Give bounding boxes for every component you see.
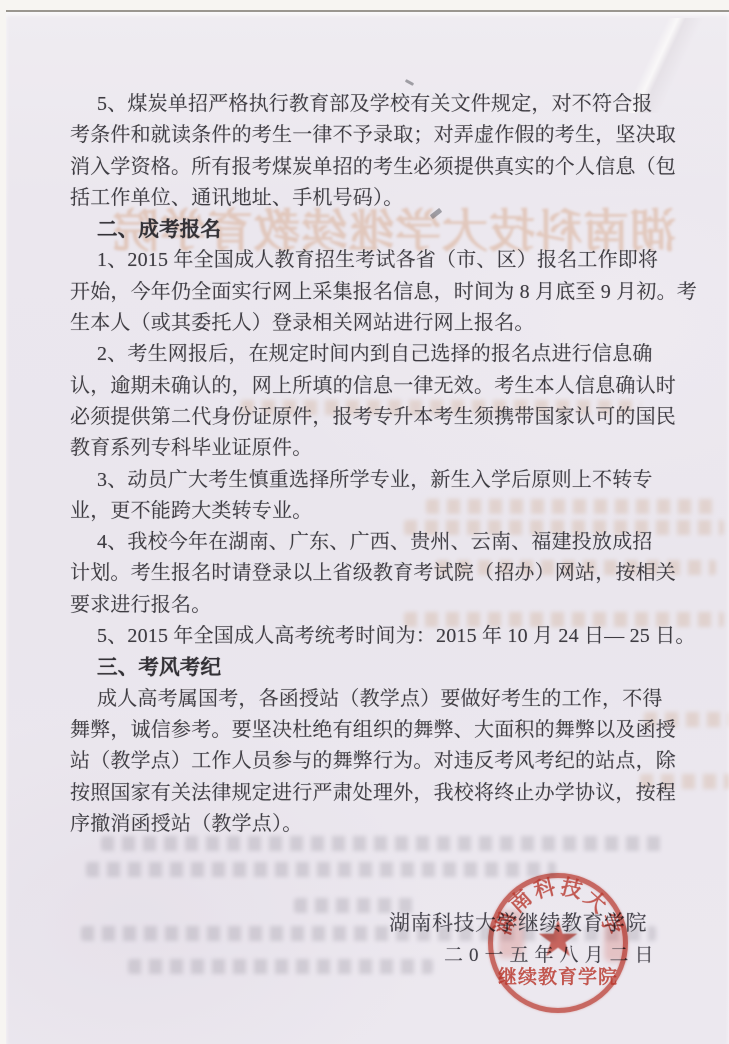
text-line: 4、我校今年在湖南、广东、广西、贵州、云南、福建投放成招	[70, 527, 682, 558]
bleed-through-smudge	[86, 862, 556, 877]
text-line: 三、考风考纪	[70, 652, 682, 683]
document-page: 湖南科技大学继续教育学院 5、煤炭单招严格执行教育部及学校有关文件规定，对不符合…	[6, 10, 729, 1044]
text-line: 3、动员广大考生慎重选择所学专业，新生入学后原则上不转专	[70, 465, 682, 496]
text-line: 要求进行报名。	[70, 590, 682, 621]
text-line: 必须提供第二代身份证原件，报考专升本考生须携带国家认可的国民	[70, 402, 682, 433]
text-line: 舞弊，诚信参考。要坚决杜绝有组织的舞弊、大面积的舞弊以及函授	[70, 715, 682, 746]
text-line: 教育系列专科毕业证原件。	[70, 433, 682, 464]
seal-arc-char: 科	[531, 874, 559, 905]
text-line: 按照国家有关法律规定进行严肃处理外，我校将终止办学协议，按程	[70, 778, 682, 809]
text-line: 1、2015 年全国成人教育招生考试各省（市、区）报名工作即将	[70, 245, 682, 276]
text-line: 括工作单位、通讯地址、手机号码）。	[70, 183, 682, 214]
scan-artifact	[405, 79, 414, 86]
text-line: 二、成考报名	[70, 214, 682, 245]
text-line: 站（教学点）工作人员参与的舞弊行为。对违反考风考纪的站点，除	[70, 746, 682, 777]
seal-arc-char: 技	[557, 874, 585, 905]
signature-org: 湖南科技大学继续教育学院	[389, 909, 647, 937]
text-line: 生本人（或其委托人）登录相关网站进行网上报名。	[70, 308, 682, 339]
document-body: 5、煤炭单招严格执行教育部及学校有关文件规定，对不符合报考条件和就读条件的考生一…	[70, 89, 682, 840]
text-line: 消入学资格。所有报考煤炭单招的考生必须提供真实的个人信息（包	[70, 152, 682, 183]
text-line: 5、2015 年全国成人高考统考时间为：2015 年 10 月 24 日— 25…	[70, 621, 682, 652]
text-line: 5、煤炭单招严格执行教育部及学校有关文件规定，对不符合报	[70, 89, 682, 120]
bleed-through-smudge	[128, 959, 433, 974]
text-line: 考条件和就读条件的考生一律不予录取；对弄虚作假的考生，坚决取	[70, 120, 682, 151]
text-line: 计划。考生报名时请登录以上省级教育考试院（招办）网站，按相关	[70, 558, 682, 589]
text-line: 认，逾期未确认的，网上所填的信息一律无效。考生本人信息确认时	[70, 371, 682, 402]
text-line: 序撤消函授站（教学点）。	[70, 809, 682, 840]
text-line: 成人高考属国考，各函授站（教学点）要做好考生的工作，不得	[70, 684, 682, 715]
text-line: 业，更不能跨大类转专业。	[70, 496, 682, 527]
signature-date: 二0一五年八月二日	[444, 943, 660, 969]
text-line: 开始，今年仍全面实行网上采集报名信息，时间为 8 月底至 9 月初。考	[70, 277, 682, 308]
text-line: 2、考生网报后，在规定时间内到自己选择的报名点进行信息确	[70, 339, 682, 370]
